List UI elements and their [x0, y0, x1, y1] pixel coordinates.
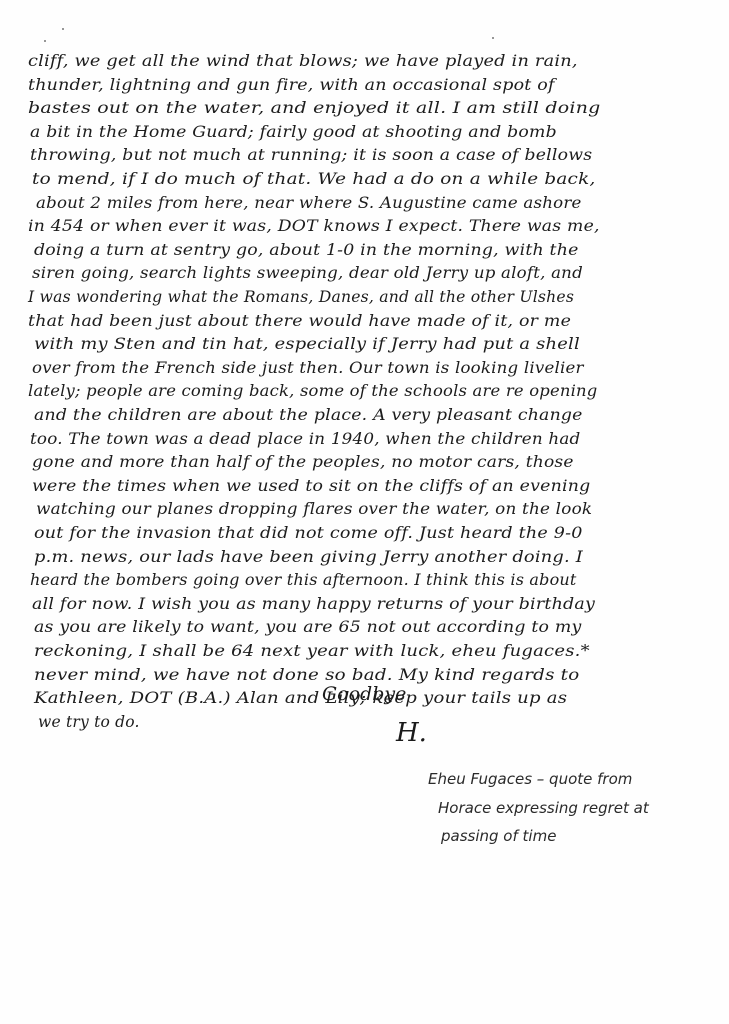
letter-line: gone and more than half of the peoples, …	[32, 453, 574, 471]
letter-line: to mend, if I do much of that. We had a …	[32, 170, 596, 188]
letter-line: Kathleen, DOT (B.A.) Alan and Lily; keep…	[34, 689, 567, 707]
signature-closing: Goodbye	[322, 683, 406, 705]
margin-note-line: passing of time	[441, 827, 556, 845]
margin-note-line: Horace expressing regret at	[438, 799, 649, 817]
letter-page: cliff, we get all the wind that blows; w…	[0, 0, 729, 1024]
scan-speck	[44, 40, 46, 42]
letter-line: heard the bombers going over this aftern…	[30, 571, 577, 589]
scan-speck	[62, 28, 64, 30]
letter-line: that had been just about there would hav…	[28, 312, 571, 330]
letter-line: throwing, but not much at running; it is…	[30, 146, 592, 164]
letter-line: doing a turn at sentry go, about 1-0 in …	[34, 241, 579, 259]
letter-line: reckoning, I shall be 64 next year with …	[34, 642, 590, 660]
letter-line: as you are likely to want, you are 65 no…	[34, 618, 582, 636]
letter-line: I was wondering what the Romans, Danes, …	[28, 288, 574, 306]
letter-line: watching our planes dropping flares over…	[36, 500, 592, 518]
letter-line: p.m. news, our lads have been giving Jer…	[34, 548, 583, 566]
letter-line: bastes out on the water, and enjoyed it …	[28, 99, 600, 117]
letter-line: a bit in the Home Guard; fairly good at …	[30, 123, 557, 141]
letter-line: thunder, lightning and gun fire, with an…	[28, 76, 555, 94]
scan-speck	[492, 37, 494, 39]
margin-note-line: Eheu Fugaces – quote from	[428, 770, 632, 788]
letter-line: were the times when we used to sit on th…	[32, 477, 590, 495]
letter-line: never mind, we have not done so bad. My …	[34, 666, 579, 684]
letter-line: in 454 or when ever it was, DOT knows I …	[28, 217, 600, 235]
letter-line: about 2 miles from here, near where S. A…	[36, 194, 582, 212]
letter-line: and the children are about the place. A …	[34, 406, 583, 424]
signature-initial: H.	[396, 718, 427, 748]
letter-line: out for the invasion that did not come o…	[34, 524, 583, 542]
letter-line: too. The town was a dead place in 1940, …	[30, 430, 580, 448]
letter-line: all for now. I wish you as many happy re…	[32, 595, 595, 613]
letter-line: over from the French side just then. Our…	[32, 359, 584, 377]
letter-line: we try to do.	[38, 713, 140, 731]
letter-line: lately; people are coming back, some of …	[28, 382, 597, 400]
letter-line: cliff, we get all the wind that blows; w…	[28, 52, 578, 70]
letter-line: siren going, search lights sweeping, dea…	[32, 264, 583, 282]
letter-line: with my Sten and tin hat, especially if …	[34, 335, 580, 353]
